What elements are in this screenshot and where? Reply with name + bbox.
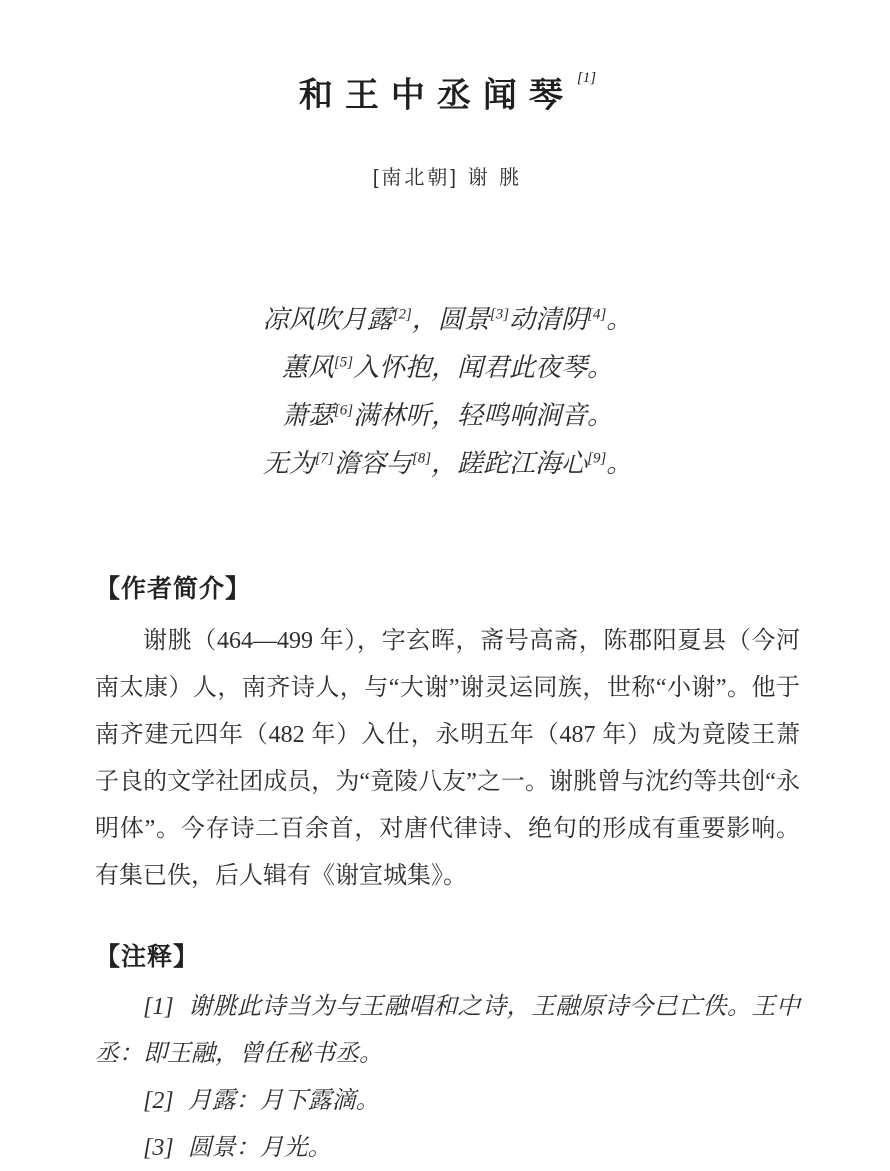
- note-ref: [7]: [315, 451, 334, 467]
- note-item: [1]谢朓此诗当为与王融唱和之诗，王融原诗今已亡佚。王中丞：即王融，曾任秘书丞。: [95, 984, 800, 1078]
- note-item: [3]圆景：月光。: [95, 1125, 800, 1171]
- note-ref: [8]: [412, 451, 431, 467]
- note-ref: [3]: [490, 307, 509, 323]
- author-intro-heading: 【作者简介】: [95, 572, 800, 608]
- author-intro-section: 【作者简介】 谢朓（464—499 年），字玄晖，斋号高斋，陈郡阳夏县（今河南太…: [95, 572, 800, 900]
- notes-section: 【注释】 [1]谢朓此诗当为与王融唱和之诗，王融原诗今已亡佚。王中丞：即王融，曾…: [95, 940, 800, 1171]
- note-ref: [5]: [334, 355, 353, 371]
- title-note-ref: [1]: [577, 70, 596, 86]
- note-marker: [1]: [143, 994, 174, 1020]
- book-page: 和王中丞闻琴[1] [南北朝] 谢 朓 凉风吹月露[2]，圆景[3]动清阴[4]…: [0, 0, 890, 1171]
- note-text: 月露：月下露滴。: [188, 1088, 380, 1114]
- poem-line: 无为[7]澹容与[8]，蹉跎江海心[9]。: [95, 440, 800, 488]
- dynasty-label: [南北朝]: [373, 167, 459, 189]
- poem-body: 凉风吹月露[2]，圆景[3]动清阴[4]。蕙风[5]入怀抱，闻君此夜琴。萧瑟[6…: [95, 296, 800, 488]
- note-ref: [9]: [587, 451, 606, 467]
- byline: [南北朝] 谢 朓: [95, 164, 800, 192]
- notes-list: [1]谢朓此诗当为与王融唱和之诗，王融原诗今已亡佚。王中丞：即王融，曾任秘书丞。…: [95, 984, 800, 1171]
- note-marker: [2]: [143, 1088, 174, 1114]
- notes-heading: 【注释】: [95, 940, 800, 976]
- note-item: [2]月露：月下露滴。: [95, 1078, 800, 1125]
- poem-line: 萧瑟[6]满林听，轻鸣响涧音。: [95, 392, 800, 440]
- note-ref: [6]: [334, 403, 353, 419]
- poem-title-text: 和王中丞闻琴: [299, 77, 575, 114]
- note-text: 谢朓此诗当为与王融唱和之诗，王融原诗今已亡佚。王中丞：即王融，曾任秘书丞。: [95, 994, 800, 1067]
- note-text: 圆景：月光。: [188, 1135, 332, 1161]
- poem-title: 和王中丞闻琴[1]: [95, 70, 800, 116]
- poem-line: 凉风吹月露[2]，圆景[3]动清阴[4]。: [95, 296, 800, 344]
- note-ref: [4]: [587, 307, 606, 323]
- author-intro-paragraph: 谢朓（464—499 年），字玄晖，斋号高斋，陈郡阳夏县（今河南太康）人，南齐诗…: [95, 618, 800, 900]
- poem-line: 蕙风[5]入怀抱，闻君此夜琴。: [95, 344, 800, 392]
- note-marker: [3]: [143, 1135, 174, 1161]
- author-name: 谢 朓: [468, 167, 523, 189]
- note-ref: [2]: [393, 307, 412, 323]
